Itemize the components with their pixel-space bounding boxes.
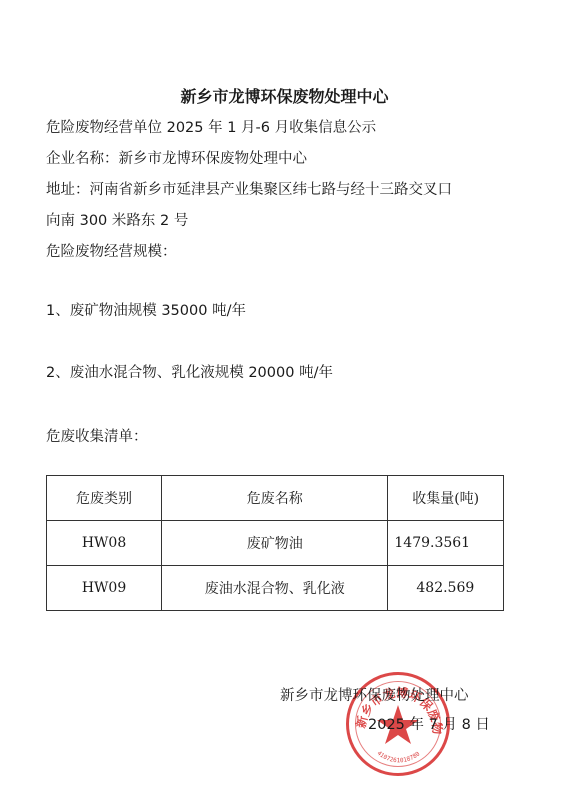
table-row: HW09 废油水混合物、乳化液 482.569: [47, 566, 504, 611]
cell-quantity: 1479.3561: [388, 521, 504, 566]
seal-code: 4107261018780: [376, 750, 422, 765]
table-header-row: 危废类别 危废名称 收集量(吨): [47, 476, 504, 521]
header-quantity: 收集量(吨): [388, 476, 504, 521]
cell-name: 废矿物油: [162, 521, 388, 566]
header-name: 危废名称: [162, 476, 388, 521]
svg-text:4107261018780: 4107261018780: [376, 750, 422, 765]
document-title: 新乡市龙博环保废物处理中心: [0, 84, 569, 107]
address-line-2: 向南 300 米路东 2 号: [46, 209, 188, 230]
scale-item-2: 2、废油水混合物、乳化液规模 20000 吨/年: [46, 361, 333, 382]
company-name: 企业名称：新乡市龙博环保废物处理中心: [46, 147, 307, 168]
scale-item-1: 1、废矿物油规模 35000 吨/年: [46, 299, 246, 320]
table-row: HW08 废矿物油 1479.3561: [47, 521, 504, 566]
address-line-1: 地址：河南省新乡市延津县产业集聚区纬七路与经十三路交叉口: [46, 178, 452, 199]
signature-org: 新乡市龙博环保废物处理中心: [280, 684, 469, 705]
signature-date: 2025 年 7 月 8 日: [368, 713, 490, 734]
cell-quantity: 482.569: [388, 566, 504, 611]
scale-heading: 危险废物经营规模：: [46, 240, 177, 261]
cell-name: 废油水混合物、乳化液: [162, 566, 388, 611]
cell-category: HW09: [47, 566, 162, 611]
cell-category: HW08: [47, 521, 162, 566]
waste-collection-table: 危废类别 危废名称 收集量(吨) HW08 废矿物油 1479.3561 HW0…: [46, 475, 504, 611]
document-subtitle: 危险废物经营单位 2025 年 1 月-6 月收集信息公示: [46, 116, 376, 137]
list-heading: 危废收集清单：: [46, 425, 148, 446]
header-category: 危废类别: [47, 476, 162, 521]
